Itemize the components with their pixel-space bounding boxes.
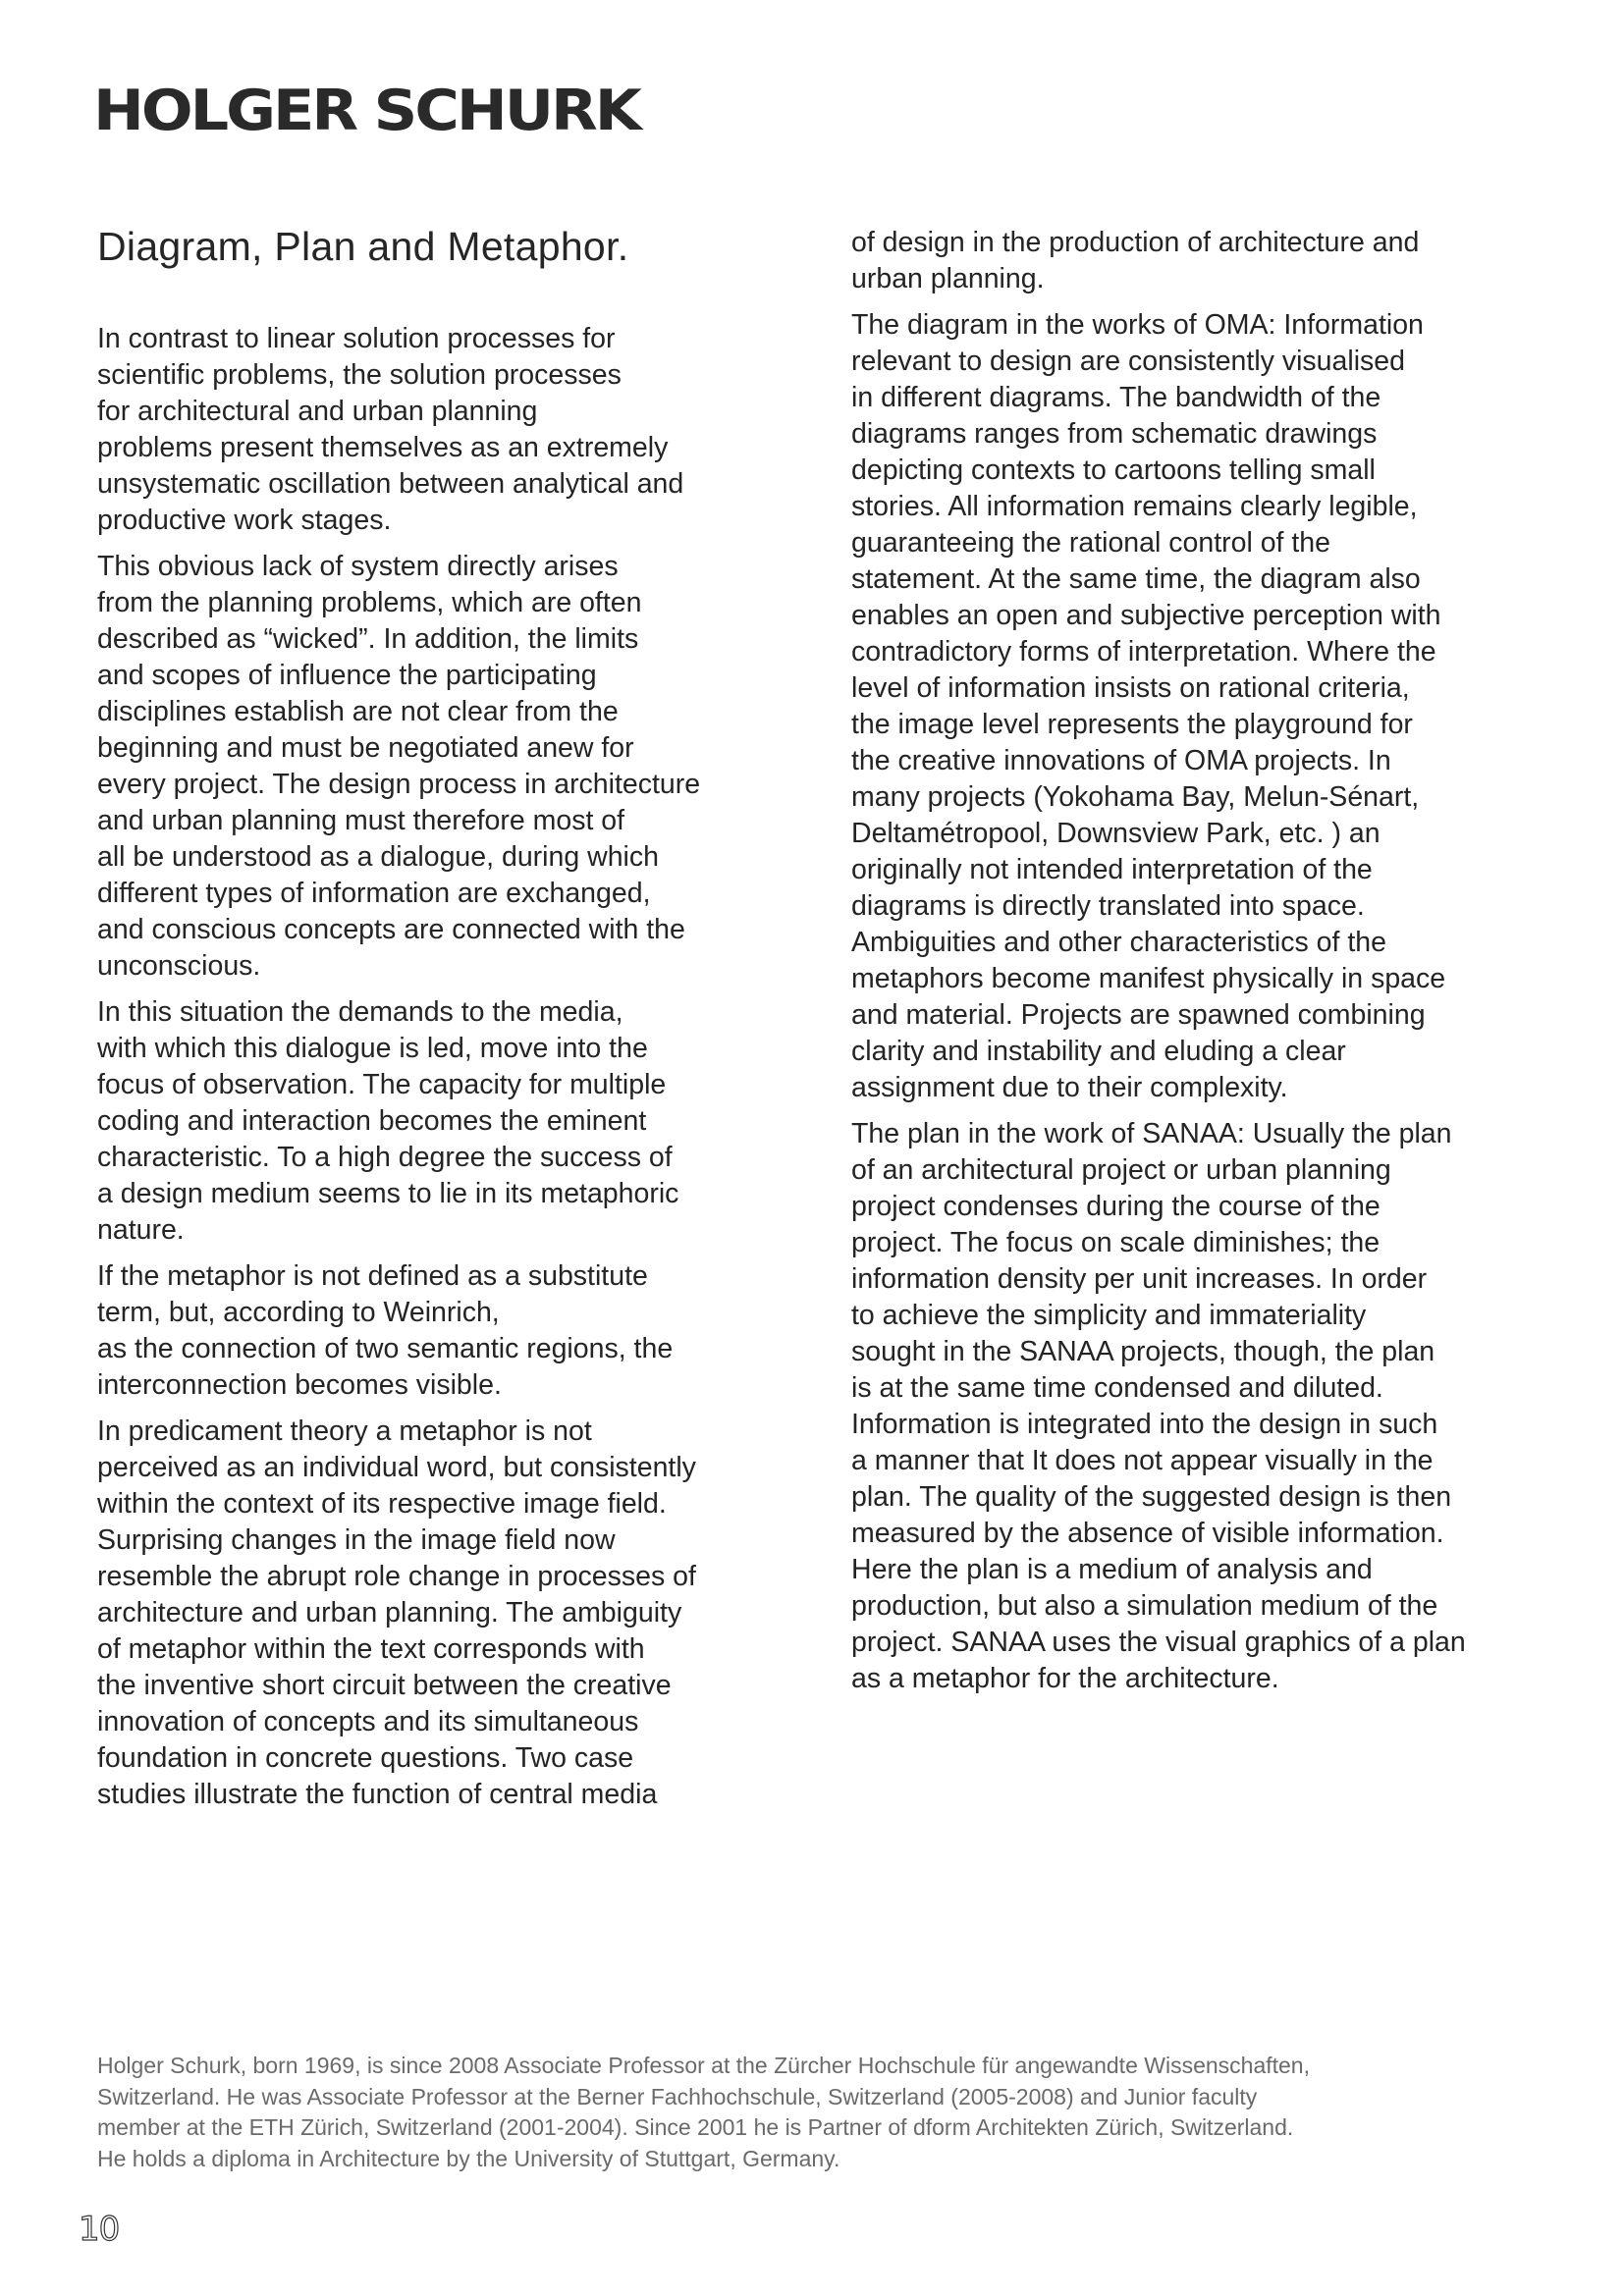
text-line: Deltamétropool, Downsview Park, etc. ) a… — [851, 816, 1558, 852]
text-line: for architectural and urban planning — [97, 394, 804, 430]
bio-line: He holds a diploma in Architecture by th… — [97, 2144, 1550, 2175]
text-line: If the metaphor is not defined as a subs… — [97, 1258, 804, 1295]
right-text-column: of design in the production of architect… — [851, 225, 1558, 1707]
paragraph: of design in the production of architect… — [851, 225, 1558, 297]
text-line: project. The focus on scale diminishes; … — [851, 1225, 1558, 1261]
text-line: originally not intended interpretation o… — [851, 852, 1558, 888]
text-line: nature. — [97, 1212, 804, 1249]
text-line: from the planning problems, which are of… — [97, 585, 804, 621]
bio-line: Switzerland. He was Associate Professor … — [97, 2082, 1550, 2113]
text-line: stories. All information remains clearly… — [851, 489, 1558, 525]
text-line: In this situation the demands to the med… — [97, 994, 804, 1031]
text-line: architecture and urban planning. The amb… — [97, 1595, 804, 1631]
article-title: Diagram, Plan and Metaphor. — [97, 222, 628, 271]
text-line: within the context of its respective ima… — [97, 1486, 804, 1522]
text-line: assignment due to their complexity. — [851, 1070, 1558, 1106]
text-line: enables an open and subjective perceptio… — [851, 598, 1558, 634]
text-line: sought in the SANAA projects, though, th… — [851, 1334, 1558, 1370]
text-line: of an architectural project or urban pla… — [851, 1152, 1558, 1189]
text-line: the creative innovations of OMA projects… — [851, 743, 1558, 779]
text-line: depicting contexts to cartoons telling s… — [851, 453, 1558, 489]
text-line: innovation of concepts and its simultane… — [97, 1704, 804, 1740]
text-line: as a metaphor for the architecture. — [851, 1661, 1558, 1697]
text-line: problems present themselves as an extrem… — [97, 430, 804, 466]
paragraph: The plan in the work of SANAA: Usually t… — [851, 1116, 1558, 1697]
text-line: to achieve the simplicity and immaterial… — [851, 1298, 1558, 1334]
page-number: 10 — [79, 2213, 119, 2246]
text-line: This obvious lack of system directly ari… — [97, 549, 804, 585]
text-line: and conscious concepts are connected wit… — [97, 912, 804, 948]
text-line: scientific problems, the solution proces… — [97, 357, 804, 394]
text-line: guaranteeing the rational control of the — [851, 525, 1558, 561]
paragraph: In this situation the demands to the med… — [97, 994, 804, 1249]
text-line: a manner that It does not appear visuall… — [851, 1443, 1558, 1479]
text-line: characteristic. To a high degree the suc… — [97, 1140, 804, 1176]
text-line: a design medium seems to lie in its meta… — [97, 1176, 804, 1212]
text-line: unconscious. — [97, 948, 804, 985]
paragraph: The diagram in the works of OMA: Informa… — [851, 307, 1558, 1106]
text-line: and scopes of influence the participatin… — [97, 658, 804, 694]
text-line: disciplines establish are not clear from… — [97, 694, 804, 730]
text-line: interconnection becomes visible. — [97, 1367, 804, 1404]
text-line: contradictory forms of interpretation. W… — [851, 634, 1558, 670]
text-line: is at the same time condensed and dilute… — [851, 1370, 1558, 1407]
text-line: term, but, according to Weinrich, — [97, 1295, 804, 1331]
text-line: unsystematic oscillation between analyti… — [97, 466, 804, 503]
text-line: Surprising changes in the image field no… — [97, 1522, 804, 1559]
text-line: statement. At the same time, the diagram… — [851, 561, 1558, 598]
text-line: Here the plan is a medium of analysis an… — [851, 1552, 1558, 1588]
text-line: all be understood as a dialogue, during … — [97, 839, 804, 876]
text-line: studies illustrate the function of centr… — [97, 1777, 804, 1813]
text-line: perceived as an individual word, but con… — [97, 1450, 804, 1486]
text-line: In contrast to linear solution processes… — [97, 321, 804, 357]
text-line: Ambiguities and other characteristics of… — [851, 925, 1558, 961]
text-line: relevant to design are consistently visu… — [851, 344, 1558, 380]
bio-line: Holger Schurk, born 1969, is since 2008 … — [97, 2051, 1550, 2082]
text-line: of metaphor within the text corresponds … — [97, 1631, 804, 1668]
text-line: In predicament theory a metaphor is not — [97, 1414, 804, 1450]
document-page: HOLGER SCHURK Diagram, Plan and Metaphor… — [0, 0, 1624, 2296]
text-line: project condenses during the course of t… — [851, 1189, 1558, 1225]
text-line: many projects (Yokohama Bay, Melun-Sénar… — [851, 779, 1558, 816]
text-line: coding and interaction becomes the emine… — [97, 1103, 804, 1140]
text-line: urban planning. — [851, 261, 1558, 297]
text-line: clarity and instability and eluding a cl… — [851, 1034, 1558, 1070]
paragraph: In predicament theory a metaphor is notp… — [97, 1414, 804, 1813]
text-line: beginning and must be negotiated anew fo… — [97, 730, 804, 767]
text-line: described as “wicked”. In addition, the … — [97, 621, 804, 658]
text-line: The plan in the work of SANAA: Usually t… — [851, 1116, 1558, 1152]
text-line: different types of information are excha… — [97, 876, 804, 912]
text-line: in different diagrams. The bandwidth of … — [851, 380, 1558, 416]
text-line: with which this dialogue is led, move in… — [97, 1031, 804, 1067]
text-line: diagrams is directly translated into spa… — [851, 888, 1558, 925]
text-line: every project. The design process in arc… — [97, 767, 804, 803]
text-line: measured by the absence of visible infor… — [851, 1516, 1558, 1552]
author-logo: HOLGER SCHURK — [93, 82, 639, 138]
text-line: Information is integrated into the desig… — [851, 1407, 1558, 1443]
text-line: information density per unit increases. … — [851, 1261, 1558, 1298]
text-line: of design in the production of architect… — [851, 225, 1558, 261]
text-line: productive work stages. — [97, 503, 804, 539]
text-line: focus of observation. The capacity for m… — [97, 1067, 804, 1103]
text-line: and urban planning must therefore most o… — [97, 803, 804, 839]
text-line: The diagram in the works of OMA: Informa… — [851, 307, 1558, 344]
text-line: resemble the abrupt role change in proce… — [97, 1559, 804, 1595]
left-text-column: In contrast to linear solution processes… — [97, 321, 804, 1823]
text-line: metaphors become manifest physically in … — [851, 961, 1558, 997]
text-line: level of information insists on rational… — [851, 670, 1558, 707]
paragraph: This obvious lack of system directly ari… — [97, 549, 804, 985]
paragraph: In contrast to linear solution processes… — [97, 321, 804, 539]
text-line: production, but also a simulation medium… — [851, 1588, 1558, 1625]
text-line: the inventive short circuit between the … — [97, 1668, 804, 1704]
text-line: project. SANAA uses the visual graphics … — [851, 1625, 1558, 1661]
text-line: plan. The quality of the suggested desig… — [851, 1479, 1558, 1516]
bio-line: member at the ETH Zürich, Switzerland (2… — [97, 2112, 1550, 2144]
author-bio: Holger Schurk, born 1969, is since 2008 … — [97, 2051, 1550, 2174]
text-line: foundation in concrete questions. Two ca… — [97, 1740, 804, 1777]
text-line: diagrams ranges from schematic drawings — [851, 416, 1558, 453]
text-line: the image level represents the playgroun… — [851, 707, 1558, 743]
paragraph: If the metaphor is not defined as a subs… — [97, 1258, 804, 1404]
text-line: as the connection of two semantic region… — [97, 1331, 804, 1367]
text-line: and material. Projects are spawned combi… — [851, 997, 1558, 1034]
